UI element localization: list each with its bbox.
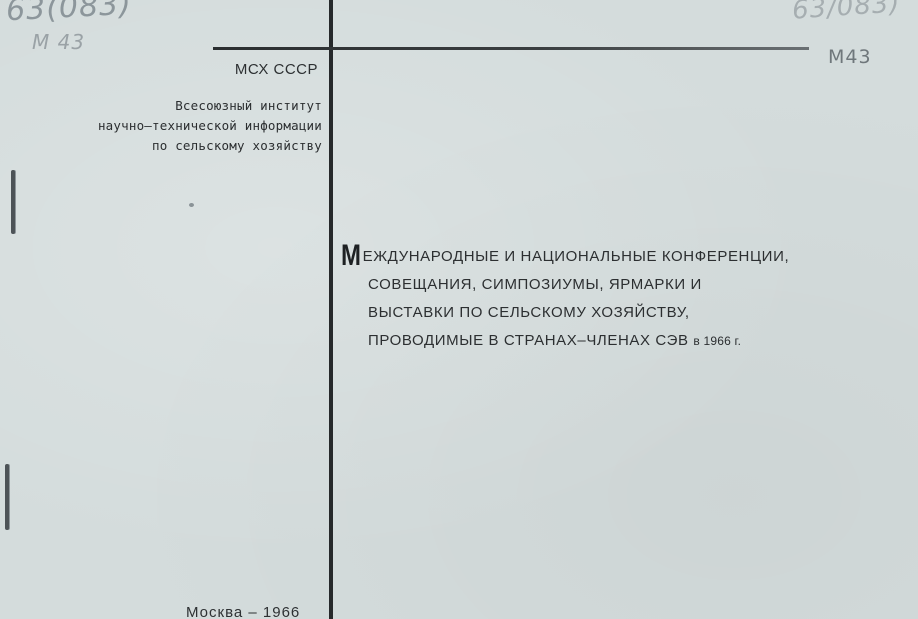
- title-line-3: ВЫСТАВКИ ПО СЕЛЬСКОМУ ХОЗЯЙСТВУ,: [341, 299, 789, 327]
- title-line-4: ПРОВОДИМЫЕ В СТРАНАХ–ЧЛЕНАХ СЭВ в 1966 г…: [341, 327, 789, 355]
- institute-line: по сельскому хозяйству: [98, 136, 322, 156]
- title-line-1: МЕЖДУНАРОДНЫЕ И НАЦИОНАЛЬНЫЕ КОНФЕРЕНЦИИ…: [341, 243, 789, 271]
- title-line-2: СОВЕЩАНИЯ, СИМПОЗИУМЫ, ЯРМАРКИ И: [341, 271, 789, 299]
- staple-icon: [11, 170, 15, 234]
- staple-icon: [5, 464, 9, 530]
- ministry-label: МСХ СССР: [235, 61, 318, 78]
- title-drop-cap: М: [341, 243, 361, 269]
- title-line-1-text: ЕЖДУНАРОДНЫЕ И НАЦИОНАЛЬНЫЕ КОНФЕРЕНЦИИ,: [363, 248, 790, 265]
- institute-name: Всесоюзный институт научно–технической и…: [98, 96, 322, 156]
- document-title: МЕЖДУНАРОДНЫЕ И НАЦИОНАЛЬНЫЕ КОНФЕРЕНЦИИ…: [341, 243, 789, 355]
- imprint-city-year: Москва – 1966: [186, 604, 300, 619]
- institute-line: научно–технической информации: [98, 116, 322, 136]
- handwritten-shelf-mark-left: M 43: [32, 30, 85, 54]
- horizontal-rule: [213, 47, 809, 50]
- title-year: в 1966 г.: [693, 334, 741, 348]
- handwritten-shelf-mark-right: M43: [828, 46, 872, 68]
- document-cover-page: 63(083) M 43 63/083) M43 МСХ СССР Всесою…: [0, 0, 918, 619]
- handwritten-catalog-code-left: 63(083): [5, 0, 133, 28]
- institute-line: Всесоюзный институт: [98, 96, 322, 116]
- vertical-rule: [329, 0, 333, 619]
- paper-speck: [189, 203, 194, 207]
- handwritten-catalog-code-right: 63/083): [791, 0, 901, 26]
- title-line-4-text: ПРОВОДИМЫЕ В СТРАНАХ–ЧЛЕНАХ СЭВ: [368, 332, 689, 349]
